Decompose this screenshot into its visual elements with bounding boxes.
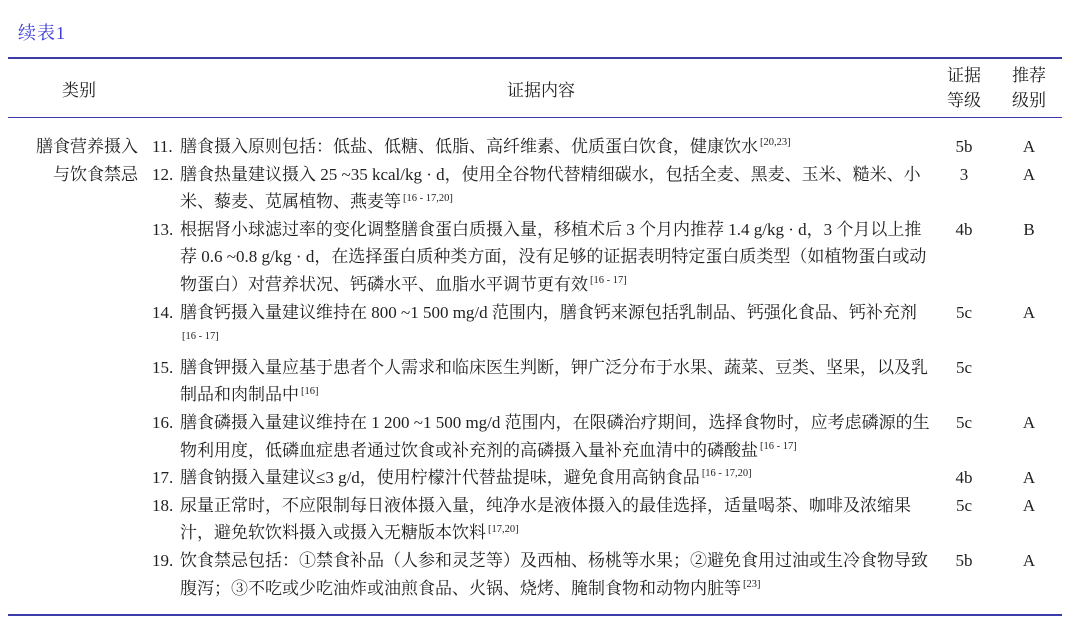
evidence-level-cell: 3 xyxy=(932,161,996,189)
evidence-content-cell: 13. 根据肾小球滤过率的变化调整膳食蛋白质摄入量，移植术后 3 个月内推荐 1… xyxy=(150,216,932,299)
item-text: 饮食禁忌包括：①禁食补品（人参和灵芝等）及西柚、杨桃等水果；②避免食用过油或生冷… xyxy=(180,547,932,602)
recommend-level-cell: A xyxy=(996,464,1062,492)
item-text: 膳食磷摄入量建议维持在 1 200 ~1 500 mg/d 范围内，在限磷治疗期… xyxy=(180,409,932,464)
item-text-body: 膳食磷摄入量建议维持在 1 200 ~1 500 mg/d 范围内，在限磷治疗期… xyxy=(180,413,930,460)
item-text: 膳食钠摄入量建议≤3 g/d，使用柠檬汁代替盐提味，避免食用高钠食品[16 - … xyxy=(180,464,932,492)
item-text-body: 饮食禁忌包括：①禁食补品（人参和灵芝等）及西柚、杨桃等水果；②避免食用过油或生冷… xyxy=(180,551,928,598)
evidence-content-cell: 17. 膳食钠摄入量建议≤3 g/d，使用柠檬汁代替盐提味，避免食用高钠食品[1… xyxy=(150,464,932,492)
item-number: 11. xyxy=(150,133,180,161)
recommend-level-cell: A xyxy=(996,299,1062,327)
header-recommend-line1: 推荐 xyxy=(996,63,1062,88)
recommend-level-cell: A xyxy=(996,133,1062,161)
category-line2: 与饮食禁忌 xyxy=(8,161,150,189)
header-cell-evidence-level: 证据 等级 xyxy=(932,63,996,113)
item-number: 17. xyxy=(150,464,180,492)
table-row: 19. 饮食禁忌包括：①禁食补品（人参和灵芝等）及西柚、杨桃等水果；②避免食用过… xyxy=(150,547,1062,602)
evidence-content-cell: 14. 膳食钙摄入量建议维持在 800 ~1 500 mg/d 范围内，膳食钙来… xyxy=(150,299,932,354)
evidence-level-cell: 5c xyxy=(932,409,996,437)
category-line1: 膳食营养摄入 xyxy=(8,133,150,161)
evidence-content-cell: 11. 膳食摄入原则包括：低盐、低糖、低脂、高纤维素、优质蛋白饮食，健康饮水[2… xyxy=(150,133,932,161)
table-header-row: 类别 证据内容 证据 等级 推荐 级别 xyxy=(8,57,1062,118)
table-row: 11. 膳食摄入原则包括：低盐、低糖、低脂、高纤维素、优质蛋白饮食，健康饮水[2… xyxy=(150,133,1062,161)
data-table: 类别 证据内容 证据 等级 推荐 级别 膳食营养摄入 与饮食禁忌 11. 膳食 xyxy=(8,57,1062,616)
table-row: 18. 尿量正常时，不应限制每日液体摄入量，纯净水是液体摄入的最佳选择，适量喝茶… xyxy=(150,492,1062,547)
table-row: 17. 膳食钠摄入量建议≤3 g/d，使用柠檬汁代替盐提味，避免食用高钠食品[1… xyxy=(150,464,1062,492)
reference-superscript: [16 - 17,20] xyxy=(702,468,752,479)
recommend-level-cell: A xyxy=(996,547,1062,575)
recommend-level-cell: A xyxy=(996,161,1062,189)
reference-superscript: [20,23] xyxy=(760,137,791,148)
paper-page: 续表1 类别 证据内容 证据 等级 推荐 级别 膳食营养摄入 与饮食禁忌 xyxy=(0,0,1069,634)
evidence-content-cell: 12. 膳食热量建议摄入 25 ~35 kcal/kg · d，使用全谷物代替精… xyxy=(150,161,932,216)
item-number: 13. xyxy=(150,216,180,299)
item-number: 15. xyxy=(150,354,180,409)
item-text-body: 膳食热量建议摄入 25 ~35 kcal/kg · d，使用全谷物代替精细碳水，… xyxy=(180,165,921,212)
recommend-level-cell: B xyxy=(996,216,1062,244)
header-cell-content: 证据内容 xyxy=(150,76,932,101)
item-text: 膳食钾摄入量应基于患者个人需求和临床医生判断，钾广泛分布于水果、蔬菜、豆类、坚果… xyxy=(180,354,932,409)
item-text: 膳食钙摄入量建议维持在 800 ~1 500 mg/d 范围内，膳食钙来源包括乳… xyxy=(180,299,932,354)
table-row: 16. 膳食磷摄入量建议维持在 1 200 ~1 500 mg/d 范围内，在限… xyxy=(150,409,1062,464)
item-text: 根据肾小球滤过率的变化调整膳食蛋白质摄入量，移植术后 3 个月内推荐 1.4 g… xyxy=(180,216,932,299)
item-number: 12. xyxy=(150,161,180,216)
reference-superscript: [16 - 17] xyxy=(760,441,797,452)
header-cell-recommend-level: 推荐 级别 xyxy=(996,63,1062,113)
evidence-level-cell: 5b xyxy=(932,133,996,161)
table-row: 13. 根据肾小球滤过率的变化调整膳食蛋白质摄入量，移植术后 3 个月内推荐 1… xyxy=(150,216,1062,299)
category-cell: 膳食营养摄入 与饮食禁忌 xyxy=(8,133,150,188)
evidence-level-cell: 4b xyxy=(932,464,996,492)
evidence-level-cell: 5c xyxy=(932,354,996,382)
item-text: 尿量正常时，不应限制每日液体摄入量，纯净水是液体摄入的最佳选择，适量喝茶、咖啡及… xyxy=(180,492,932,547)
item-text: 膳食热量建议摄入 25 ~35 kcal/kg · d，使用全谷物代替精细碳水，… xyxy=(180,161,932,216)
evidence-content-cell: 16. 膳食磷摄入量建议维持在 1 200 ~1 500 mg/d 范围内，在限… xyxy=(150,409,932,464)
header-evidence-line2: 等级 xyxy=(932,88,996,113)
evidence-level-cell: 5c xyxy=(932,492,996,520)
item-text-body: 膳食钠摄入量建议≤3 g/d，使用柠檬汁代替盐提味，避免食用高钠食品 xyxy=(180,468,700,487)
item-text-body: 膳食摄入原则包括：低盐、低糖、低脂、高纤维素、优质蛋白饮食，健康饮水 xyxy=(180,137,758,156)
reference-superscript: [16 - 17,20] xyxy=(403,193,453,204)
evidence-content-cell: 18. 尿量正常时，不应限制每日液体摄入量，纯净水是液体摄入的最佳选择，适量喝茶… xyxy=(150,492,932,547)
evidence-level-cell: 5c xyxy=(932,299,996,327)
item-text-body: 膳食钙摄入量建议维持在 800 ~1 500 mg/d 范围内，膳食钙来源包括乳… xyxy=(180,303,917,322)
evidence-level-cell: 4b xyxy=(932,216,996,244)
evidence-content-cell: 19. 饮食禁忌包括：①禁食补品（人参和灵芝等）及西柚、杨桃等水果；②避免食用过… xyxy=(150,547,932,602)
reference-superscript: [17,20] xyxy=(488,524,519,535)
table-row: 15. 膳食钾摄入量应基于患者个人需求和临床医生判断，钾广泛分布于水果、蔬菜、豆… xyxy=(150,354,1062,409)
reference-superscript: [23] xyxy=(743,579,761,590)
item-number: 14. xyxy=(150,299,180,354)
table-body: 膳食营养摄入 与饮食禁忌 11. 膳食摄入原则包括：低盐、低糖、低脂、高纤维素、… xyxy=(8,118,1062,616)
table-caption: 续表1 xyxy=(18,19,66,45)
evidence-content-cell: 15. 膳食钾摄入量应基于患者个人需求和临床医生判断，钾广泛分布于水果、蔬菜、豆… xyxy=(150,354,932,409)
item-number: 18. xyxy=(150,492,180,547)
reference-superscript: [16 - 17] xyxy=(590,275,627,286)
table-row: 14. 膳食钙摄入量建议维持在 800 ~1 500 mg/d 范围内，膳食钙来… xyxy=(150,299,1062,354)
item-text-body: 膳食钾摄入量应基于患者个人需求和临床医生判断，钾广泛分布于水果、蔬菜、豆类、坚果… xyxy=(180,358,928,405)
header-cell-category: 类别 xyxy=(8,76,150,101)
recommend-level-cell: A xyxy=(996,409,1062,437)
item-text-body: 根据肾小球滤过率的变化调整膳食蛋白质摄入量，移植术后 3 个月内推荐 1.4 g… xyxy=(180,220,926,294)
item-number: 19. xyxy=(150,547,180,602)
evidence-level-cell: 5b xyxy=(932,547,996,575)
recommend-level-cell: A xyxy=(996,492,1062,520)
header-recommend-line2: 级别 xyxy=(996,88,1062,113)
evidence-items: 11. 膳食摄入原则包括：低盐、低糖、低脂、高纤维素、优质蛋白饮食，健康饮水[2… xyxy=(150,133,1062,602)
item-number: 16. xyxy=(150,409,180,464)
header-evidence-line1: 证据 xyxy=(932,63,996,88)
table-row: 12. 膳食热量建议摄入 25 ~35 kcal/kg · d，使用全谷物代替精… xyxy=(150,161,1062,216)
reference-superscript: [16] xyxy=(301,386,319,397)
item-text: 膳食摄入原则包括：低盐、低糖、低脂、高纤维素、优质蛋白饮食，健康饮水[20,23… xyxy=(180,133,932,161)
reference-superscript: [16 - 17] xyxy=(182,331,219,342)
item-text-body: 尿量正常时，不应限制每日液体摄入量，纯净水是液体摄入的最佳选择，适量喝茶、咖啡及… xyxy=(180,496,911,543)
